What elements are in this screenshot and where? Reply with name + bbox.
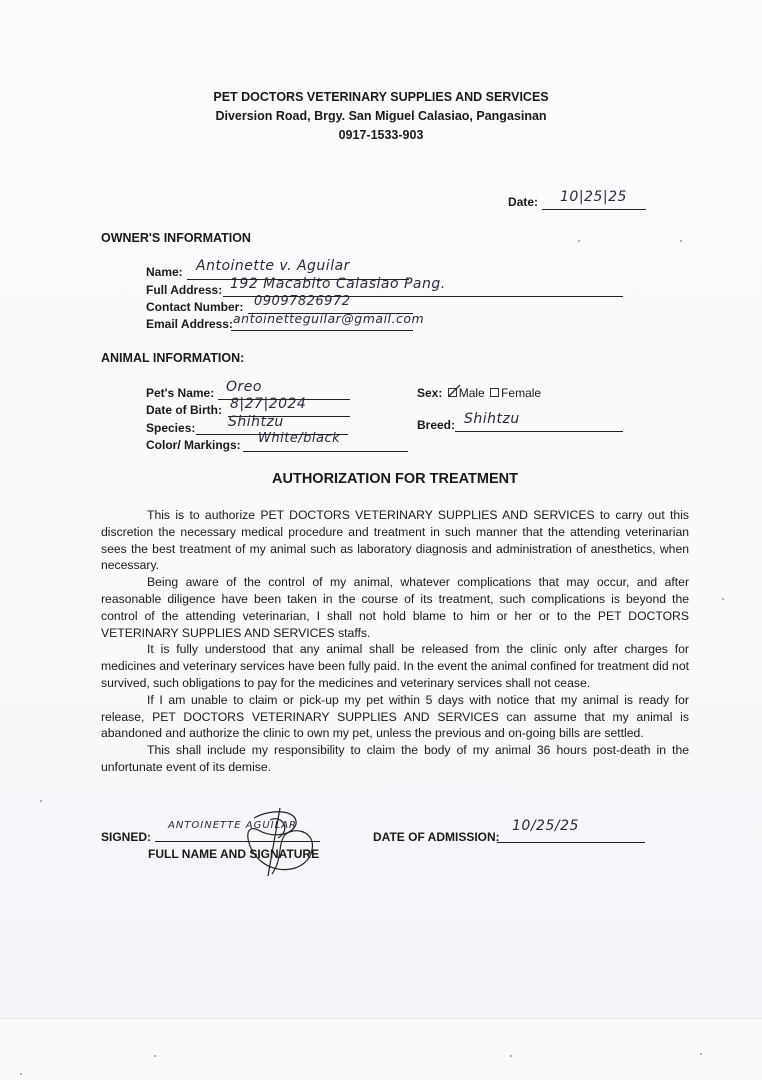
- owner-email-line: [231, 330, 413, 331]
- male-option: Male: [459, 386, 485, 400]
- dob-label: Date of Birth:: [146, 403, 222, 417]
- authorization-paragraph: This shall include my responsibility to …: [101, 742, 689, 776]
- owner-name-value[interactable]: Antoinette v. Aguilar: [196, 258, 350, 274]
- owner-section-title: OWNER'S INFORMATION: [101, 231, 251, 245]
- owner-address-label: Full Address:: [146, 283, 222, 297]
- sex-field: Sex: Male Female: [417, 386, 541, 400]
- signature-scribble-icon: [232, 800, 332, 880]
- authorization-paragraph: If I am unable to claim or pick-up my pe…: [101, 692, 689, 742]
- pet-name-value[interactable]: Oreo: [226, 379, 262, 395]
- scan-speck: [578, 240, 580, 242]
- scanner-bed-strip: [0, 1018, 762, 1080]
- owner-address-value[interactable]: 192 Macabito Calasiao Pang.: [230, 276, 446, 292]
- breed-line: [455, 431, 623, 432]
- male-checkbox[interactable]: [448, 388, 457, 397]
- date-label: Date:: [508, 195, 538, 209]
- scan-speck: [722, 598, 724, 600]
- authorization-paragraph: Being aware of the control of my animal,…: [101, 574, 689, 641]
- authorization-paragraph: It is fully understood that any animal s…: [101, 641, 689, 691]
- species-value[interactable]: Shihtzu: [228, 414, 284, 430]
- owner-email-value[interactable]: antoinetteguilar@gmail.com: [233, 311, 424, 326]
- scan-speck: [510, 1055, 512, 1057]
- admission-label: DATE OF ADMISSION:: [373, 830, 500, 844]
- scan-speck: [40, 800, 42, 802]
- signature-caption: FULL NAME AND SIGNATURE: [148, 847, 319, 861]
- admission-value[interactable]: 10/25/25: [512, 818, 579, 834]
- owner-email-label: Email Address:: [146, 317, 233, 331]
- color-label: Color/ Markings:: [146, 438, 241, 452]
- scan-speck: [154, 1055, 156, 1057]
- date-line: [542, 209, 646, 210]
- color-line: [243, 451, 408, 452]
- pet-name-label: Pet's Name:: [146, 386, 214, 400]
- scan-speck: [20, 1073, 22, 1075]
- business-phone: 0917-1533-903: [0, 128, 762, 142]
- signed-label: SIGNED:: [101, 830, 151, 844]
- authorization-body: This is to authorize PET DOCTORS VETERIN…: [101, 507, 689, 776]
- authorization-paragraph: This is to authorize PET DOCTORS VETERIN…: [101, 507, 689, 574]
- business-address: Diversion Road, Brgy. San Miguel Calasia…: [0, 109, 762, 123]
- breed-label: Breed:: [417, 418, 455, 432]
- owner-contact-value[interactable]: 09097826972: [254, 294, 350, 309]
- color-value[interactable]: White/black: [258, 431, 340, 446]
- scan-speck: [700, 1053, 702, 1055]
- female-option: Female: [501, 386, 541, 400]
- species-label: Species:: [146, 421, 195, 435]
- owner-contact-label: Contact Number:: [146, 300, 243, 314]
- business-name: PET DOCTORS VETERINARY SUPPLIES AND SERV…: [0, 90, 762, 104]
- animal-section-title: ANIMAL INFORMATION:: [101, 351, 244, 365]
- female-checkbox[interactable]: [490, 388, 499, 397]
- breed-value[interactable]: Shihtzu: [464, 411, 520, 427]
- checkmark-icon: [448, 384, 462, 398]
- scanned-page: PET DOCTORS VETERINARY SUPPLIES AND SERV…: [0, 0, 762, 1018]
- sex-label: Sex:: [417, 386, 442, 400]
- authorization-title: AUTHORIZATION FOR TREATMENT: [0, 471, 762, 487]
- date-value[interactable]: 10|25|25: [560, 189, 627, 205]
- dob-value[interactable]: 8|27|2024: [230, 396, 306, 412]
- owner-name-label: Name:: [146, 265, 183, 279]
- admission-line: [497, 842, 645, 843]
- scan-speck: [680, 240, 682, 242]
